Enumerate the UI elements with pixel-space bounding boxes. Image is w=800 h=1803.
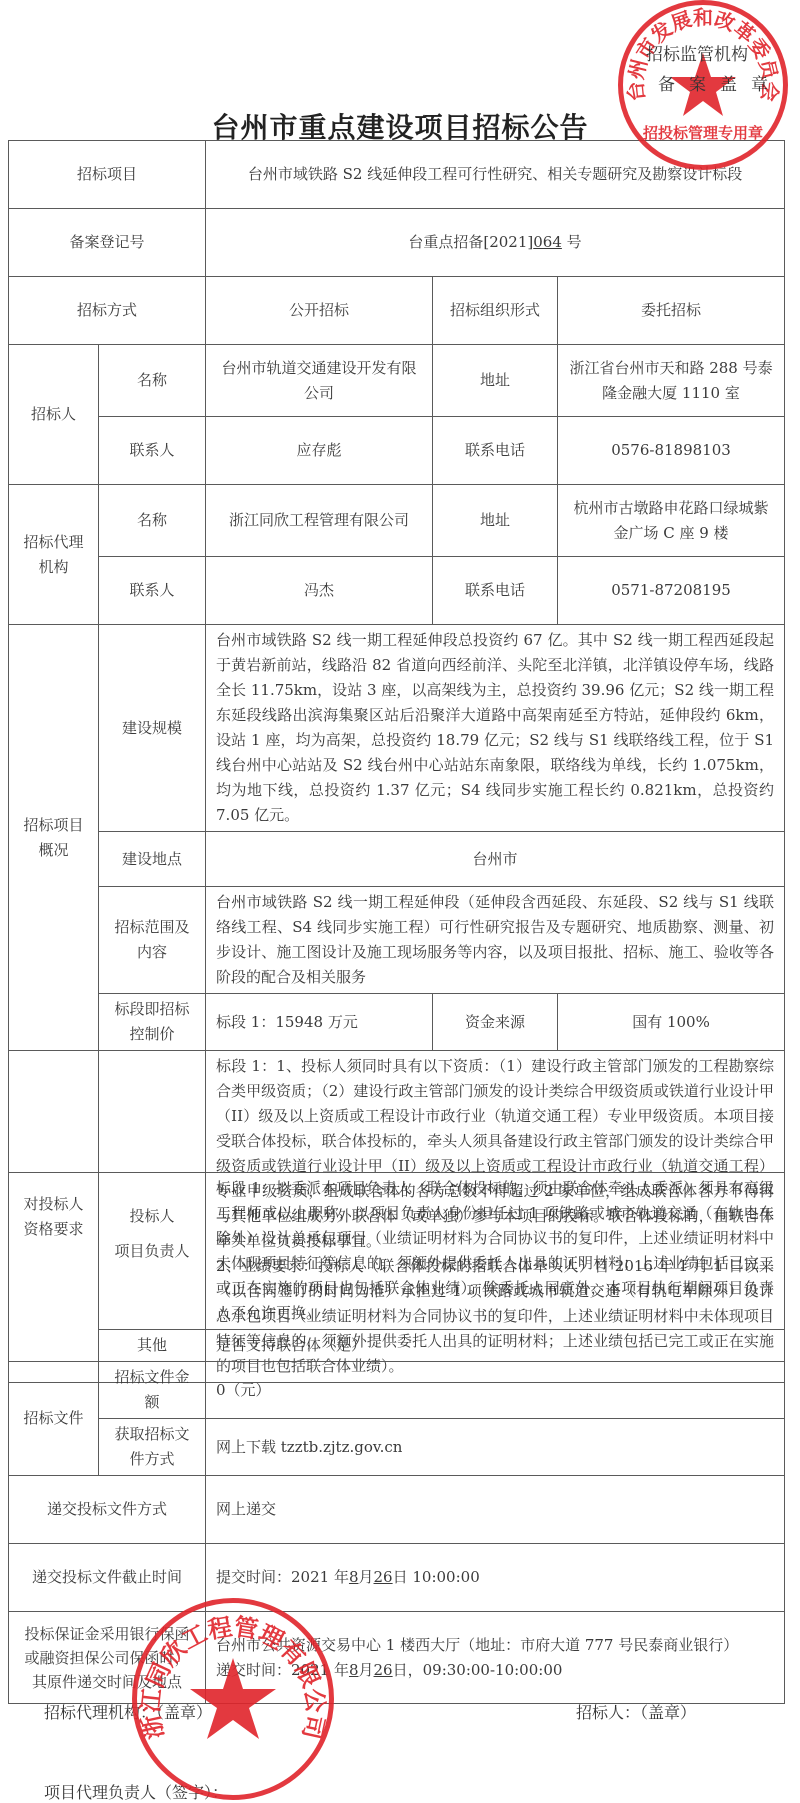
row-deadline: 递交投标文件截止时间 提交时间：2021 年8月26日 10:00:00 (9, 1544, 785, 1612)
org-form-value: 委托招标 (558, 277, 785, 345)
method-label: 招标方式 (9, 277, 206, 345)
supervisor-filing-label: 招标监管机构 备案盖章 (646, 40, 796, 100)
row-scope: 招标范围及内容 台州市域铁路 S2 线一期工程延伸段（延伸段含西延段、东延段、S… (9, 887, 785, 994)
overview-label: 招标项目概况 (9, 625, 99, 1051)
tenderer-phone: 0576-81898103 (558, 417, 785, 485)
project-label: 招标项目 (9, 141, 206, 209)
guarantee-time-prefix: 递交时间：2021 年 (216, 1661, 349, 1679)
guarantee-month: 8 (349, 1661, 359, 1679)
price-value: 标段 1：15948 万元 (206, 994, 433, 1051)
other-value: 是否支持联合体（是） (206, 1330, 785, 1362)
guarantee-day: 26 (374, 1661, 393, 1679)
row-location: 建设地点 台州市 (9, 832, 785, 887)
guarantee-place: 台州市公共资源交易中心 1 楼西大厅（地址：市府大道 777 号民泰商业银行） (216, 1633, 774, 1658)
agency-address-label: 地址 (433, 485, 558, 557)
scope-label: 招标范围及内容 (99, 887, 206, 994)
tenderer-name: 台州市轨道交通建设开发有限公司 (206, 345, 433, 417)
filing-label: 备案登记号 (9, 209, 206, 277)
tenderer-address: 浙江省台州市天和路 288 号泰隆金融大厦 1110 室 (558, 345, 785, 417)
guarantee-day-suffix: 日，09:30:00-10:00:00 (393, 1661, 563, 1679)
tenderer-phone-label: 联系电话 (433, 417, 558, 485)
doc-obtain-label: 获取招标文件方式 (99, 1419, 206, 1476)
submit-method-label: 递交投标文件方式 (9, 1476, 206, 1544)
agency-contact: 冯杰 (206, 557, 433, 625)
row-tenderer-contact: 联系人 应存彪 联系电话 0576-81898103 (9, 417, 785, 485)
deadline-day: 26 (374, 1568, 393, 1586)
row-scale: 招标项目概况 建设规模 台州市域铁路 S2 线一期工程延伸段总投资约 67 亿。… (9, 625, 785, 832)
filing-prefix: 台重点招备[2021] (408, 233, 533, 251)
price-label: 标段即招标控制价 (99, 994, 206, 1051)
project-value: 台州市域铁路 S2 线延伸段工程可行性研究、相关专题研究及勘察设计标段 (206, 141, 785, 209)
other-label: 其他 (99, 1330, 206, 1362)
deadline-label: 递交投标文件截止时间 (9, 1544, 206, 1612)
row-tenderer-name: 招标人 名称 台州市轨道交通建设开发有限公司 地址 浙江省台州市天和路 288 … (9, 345, 785, 417)
guarantee-month-suffix: 月 (359, 1661, 374, 1679)
filing-value: 台重点招备[2021]064 号 (206, 209, 785, 277)
row-manager: 项目负责人 标段 1：拟委派本项目负责人（联合体投标的，须由联合体牵头人委派）须… (9, 1173, 785, 1330)
row-submit-method: 递交投标文件方式 网上递交 (9, 1476, 785, 1544)
agent-lead-signature-label: 项目代理负责人（签字）： (44, 1780, 228, 1803)
scale-text: 台州市域铁路 S2 线一期工程延伸段总投资约 67 亿。其中 S2 线一期工程西… (206, 625, 785, 832)
agency-name-label: 名称 (99, 485, 206, 557)
scope-text: 台州市域铁路 S2 线一期工程延伸段（延伸段含西延段、东延段、S2 线与 S1 … (206, 887, 785, 994)
filing-suffix: 号 (562, 233, 582, 251)
doc-fee-value: 0（元） (206, 1362, 785, 1419)
location-label: 建设地点 (99, 832, 206, 887)
row-guarantee: 投标保证金采用银行保函或融资担保公司保函时，其原件递交时间及地点 台州市公共资源… (9, 1612, 785, 1704)
agency-name: 浙江同欣工程管理有限公司 (206, 485, 433, 557)
doc-fee-label: 招标文件金额 (99, 1362, 206, 1419)
filing-number: 064 (533, 233, 562, 251)
fund-value: 国有 100% (558, 994, 785, 1051)
deadline-month-suffix: 月 (359, 1568, 374, 1586)
supervisor-line-2: 备案盖章 (646, 70, 796, 100)
doc-obtain-value: 网上下载 tzztb.zjtz.gov.cn (206, 1419, 785, 1476)
deadline-day-suffix: 日 10:00:00 (393, 1568, 480, 1586)
guarantee-time: 递交时间：2021 年8月26日，09:30:00-10:00:00 (216, 1658, 774, 1683)
tenderer-contact-label: 联系人 (99, 417, 206, 485)
manager-requirements: 标段 1：拟委派本项目负责人（联合体投标的，须由联合体牵头人委派）须具有高级工程… (206, 1173, 785, 1330)
org-form-label: 招标组织形式 (433, 277, 558, 345)
agency-label: 招标代理机构 (9, 485, 99, 625)
deadline-prefix: 提交时间：2021 年 (216, 1568, 349, 1586)
agency-contact-label: 联系人 (99, 557, 206, 625)
submit-method-value: 网上递交 (206, 1476, 785, 1544)
supervisor-line-1: 招标监管机构 (646, 40, 796, 70)
tenderer-name-label: 名称 (99, 345, 206, 417)
deadline-month: 8 (349, 1568, 359, 1586)
tenderer-seal-label: 招标人：（盖章） (576, 1700, 696, 1723)
row-agency-contact: 联系人 冯杰 联系电话 0571-87208195 (9, 557, 785, 625)
qualification-label-cont (9, 1173, 99, 1362)
agency-phone: 0571-87208195 (558, 557, 785, 625)
guarantee-label: 投标保证金采用银行保函或融资担保公司保函时，其原件递交时间及地点 (9, 1612, 206, 1704)
manager-label: 项目负责人 (99, 1173, 206, 1330)
agency-seal-label: 招标代理机构：（盖章） (44, 1700, 212, 1723)
tenderer-address-label: 地址 (433, 345, 558, 417)
row-doc-obtain: 获取招标文件方式 网上下载 tzztb.zjtz.gov.cn (9, 1419, 785, 1476)
deadline-value: 提交时间：2021 年8月26日 10:00:00 (206, 1544, 785, 1612)
tenderer-contact: 应存彪 (206, 417, 433, 485)
row-other: 其他 是否支持联合体（是） (9, 1330, 785, 1362)
documents-label: 招标文件 (9, 1362, 99, 1476)
row-doc-fee: 招标文件 招标文件金额 0（元） (9, 1362, 785, 1419)
method-value: 公开招标 (206, 277, 433, 345)
row-project: 招标项目 台州市域铁路 S2 线延伸段工程可行性研究、相关专题研究及勘察设计标段 (9, 141, 785, 209)
tenderer-label: 招标人 (9, 345, 99, 485)
guarantee-value: 台州市公共资源交易中心 1 楼西大厅（地址：市府大道 777 号民泰商业银行） … (206, 1612, 785, 1704)
row-agency-name: 招标代理机构 名称 浙江同欣工程管理有限公司 地址 杭州市古墩路申花路口绿城紫金… (9, 485, 785, 557)
row-method: 招标方式 公开招标 招标组织形式 委托招标 (9, 277, 785, 345)
location-value: 台州市 (206, 832, 785, 887)
scale-label: 建设规模 (99, 625, 206, 832)
notice-table-continued: 项目负责人 标段 1：拟委派本项目负责人（联合体投标的，须由联合体牵头人委派）须… (8, 1172, 785, 1704)
fund-label: 资金来源 (433, 994, 558, 1051)
agency-address: 杭州市古墩路申花路口绿城紫金广场 C 座 9 楼 (558, 485, 785, 557)
row-filing: 备案登记号 台重点招备[2021]064 号 (9, 209, 785, 277)
agency-phone-label: 联系电话 (433, 557, 558, 625)
row-price: 标段即招标控制价 标段 1：15948 万元 资金来源 国有 100% (9, 994, 785, 1051)
